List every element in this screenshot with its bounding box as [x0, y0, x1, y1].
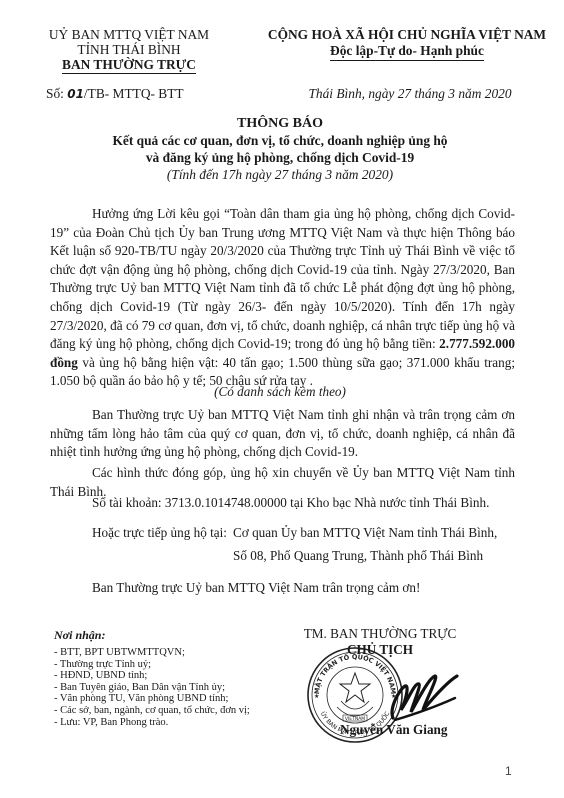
document-type: THÔNG BÁO [30, 115, 530, 132]
subject-line-1: Kết quả các cơ quan, đơn vị, tổ chức, do… [30, 132, 530, 149]
subject-line-2: và đăng ký ủng hộ phòng, chống dịch Covi… [30, 149, 530, 166]
recipient-item: - Thường trực Tỉnh uỷ; [54, 659, 250, 671]
recipients-heading: Nơi nhận: [54, 628, 250, 643]
closing-thanks: Ban Thường trực Uỷ ban MTTQ Việt Nam trâ… [92, 580, 420, 596]
doc-number-value: 01 [67, 87, 84, 101]
doc-number-suffix: /TB- MTTQ- BTT [84, 86, 184, 101]
document-title: THÔNG BÁO Kết quả các cơ quan, đơn vị, t… [30, 115, 530, 183]
recipient-item: - BTT, BPT UBTWMTTQVN; [54, 647, 250, 659]
p1-text-before: Hưởng ứng Lời kêu gọi “Toàn dân tham gia… [50, 206, 515, 351]
direct-donation-address: Hoặc trực tiếp ủng hộ tại:Cơ quan Ủy ban… [92, 521, 497, 567]
org-line-3: BAN THƯỜNG TRỰC [62, 57, 196, 74]
page-number: 1 [505, 764, 512, 778]
doc-number-prefix: Số: [46, 86, 67, 101]
place-date: Thái Bình, ngày 27 tháng 3 năm 2020 [290, 86, 530, 102]
as-of-note: (Tính đến 17h ngày 27 tháng 3 năm 2020) [30, 166, 530, 183]
org-line-2: TỈNH THÁI BÌNH [20, 42, 238, 57]
recipient-item: - Ban Tuyên giáo, Ban Dân vận Tỉnh ủy; [54, 682, 250, 694]
recipient-item: - Các sở, ban, ngành, cơ quan, tổ chức, … [54, 705, 250, 717]
attachment-note: (Có danh sách kèm theo) [30, 384, 530, 400]
signature-block: TM. BAN THƯỜNG TRỰC CHỦ TỊCH Nguyễn Văn … [300, 626, 460, 658]
recipient-item: - Văn phòng TU, Văn phòng UBND tỉnh; [54, 693, 250, 705]
handwritten-signature-icon [385, 668, 465, 728]
p3-text: Các hình thức đóng góp, ủng hộ xin chuyể… [50, 465, 515, 499]
issuing-organization: UỶ BAN MTTQ VIỆT NAM TỈNH THÁI BÌNH BAN … [20, 27, 238, 74]
recipients-list: Nơi nhận: - BTT, BPT UBTWMTTQVN; - Thườn… [54, 628, 250, 728]
bank-account: Số tài khoản: 3713.0.1014748.00000 tại K… [92, 495, 489, 511]
recipient-item: - HĐND, UBND tỉnh; [54, 670, 250, 682]
paragraph-call-to-action: Hưởng ứng Lời kêu gọi “Toàn dân tham gia… [50, 205, 515, 391]
svg-text:★: ★ [314, 693, 319, 700]
document-number: Số: 01/TB- MTTQ- BTT [46, 86, 184, 102]
country-name: CỘNG HOÀ XÃ HỘI CHỦ NGHĨA VIỆT NAM [250, 27, 564, 43]
signer-name: Nguyễn Văn Giang [340, 722, 447, 738]
direct-label: Hoặc trực tiếp ủng hộ tại: [92, 521, 233, 544]
paragraph-acknowledgement: Ban Thường trực Uỷ ban MTTQ Việt Nam tỉn… [50, 406, 515, 462]
signer-role-line-2: CHỦ TỊCH [300, 642, 460, 658]
national-header: CỘNG HOÀ XÃ HỘI CHỦ NGHĨA VIỆT NAM Độc l… [250, 27, 564, 61]
recipient-item: - Lưu: VP, Ban Phong trào. [54, 717, 250, 729]
national-motto: Độc lập-Tự do- Hạnh phúc [330, 43, 484, 61]
org-line-1: UỶ BAN MTTQ VIỆT NAM [20, 27, 238, 42]
p2-text: Ban Thường trực Uỷ ban MTTQ Việt Nam tỉn… [50, 407, 515, 459]
direct-line-1: Cơ quan Ủy ban MTTQ Việt Nam tỉnh Thái B… [233, 525, 497, 540]
signer-role-line-1: TM. BAN THƯỜNG TRỰC [300, 626, 460, 642]
direct-line-2: Số 08, Phố Quang Trung, Thành phố Thái B… [92, 544, 497, 567]
